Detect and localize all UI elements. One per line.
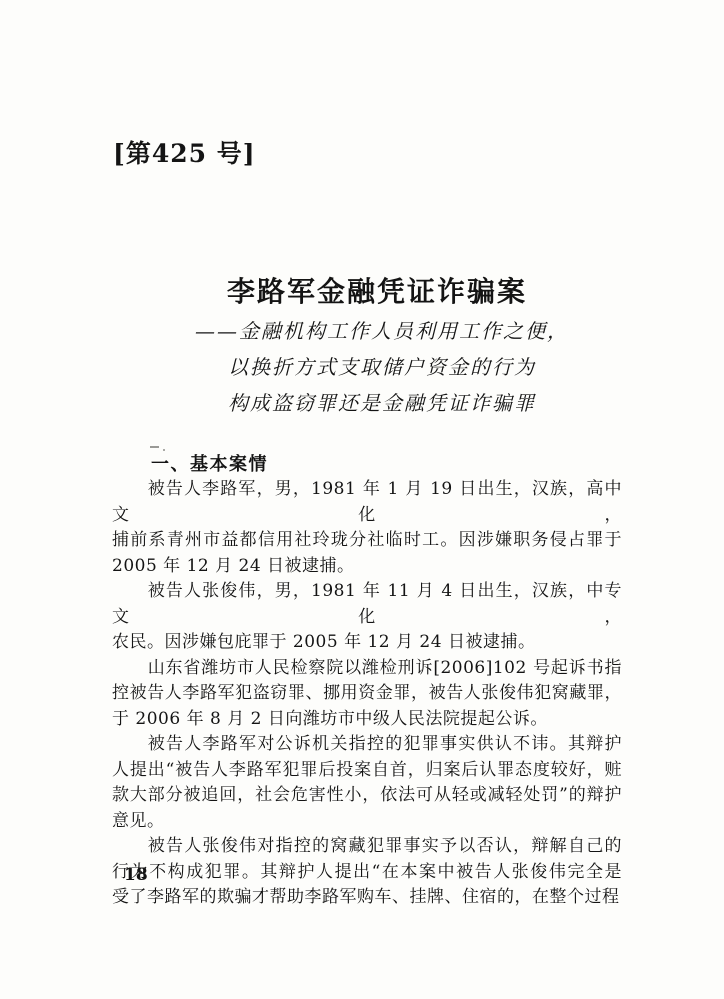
case-title: 李路军金融凭证诈骗案: [112, 270, 624, 310]
paragraph: 山东省潍坊市人民检察院以潍检刑诉[2006]102 号起诉书指控被告人李路军犯盗…: [112, 656, 622, 733]
subtitle-line: 以换折方式支取储户资金的行为: [140, 349, 624, 385]
scan-artifact-dash: [150, 446, 159, 448]
body-line: 被告人李路军，男，1981 年 1 月 19 日出生，汉族，高中文化，: [112, 477, 622, 528]
body-line: 捕前系青州市益都信用社玲珑分社临时工。因涉嫌职务侵占罪于: [112, 528, 622, 554]
body-line: 控被告人李路军犯盗窃罪、挪用资金罪，被告人张俊伟犯窝藏罪，: [112, 681, 622, 707]
subtitle-line: ——金融机构工作人员利用工作之便，: [140, 313, 624, 349]
case-number: [第425 号]: [113, 134, 256, 170]
scanned-page: [第425 号] 李路军金融凭证诈骗案 ——金融机构工作人员利用工作之便，以换折…: [0, 0, 724, 999]
case-subtitle: ——金融机构工作人员利用工作之便，以换折方式支取储户资金的行为构成盗窃罪还是金融…: [112, 313, 624, 421]
paragraph: 被告人李路军对公诉机关指控的犯罪事实供认不讳。其辩护人提出“被告人李路军犯罪后投…: [112, 732, 622, 834]
subtitle-line: 构成盗窃罪还是金融凭证诈骗罪: [140, 385, 624, 421]
paragraph: 被告人张俊伟，男，1981 年 11 月 4 日出生，汉族，中专文化，农民。因涉…: [112, 579, 622, 656]
body-line: 意见。: [112, 809, 622, 835]
body-line: 于 2006 年 8 月 2 日向潍坊市中级人民法院提起公诉。: [112, 707, 622, 733]
body-line: 行为不构成犯罪。其辩护人提出“在本案中被告人张俊伟完全是: [112, 860, 622, 886]
body-line: 农民。因涉嫌包庇罪于 2005 年 12 月 24 日被逮捕。: [112, 630, 622, 656]
body-line: 受了李路军的欺骗才帮助李路军购车、挂牌、住宿的，在整个过程: [112, 885, 622, 911]
body-line: 山东省潍坊市人民检察院以潍检刑诉[2006]102 号起诉书指: [112, 656, 622, 682]
body-line: 2005 年 12 月 24 日被逮捕。: [112, 554, 622, 580]
page-number: 18: [124, 865, 148, 885]
body-line: 被告人张俊伟对指控的窝藏犯罪事实予以否认，辩解自己的: [112, 834, 622, 860]
body-line: 被告人张俊伟，男，1981 年 11 月 4 日出生，汉族，中专文化，: [112, 579, 622, 630]
body-line: 人提出“被告人李路军犯罪后投案自首，归案后认罪态度较好，赃: [112, 758, 622, 784]
section-heading: 一、基本案情: [151, 450, 268, 476]
body-line: 被告人李路军对公诉机关指控的犯罪事实供认不讳。其辩护: [112, 732, 622, 758]
paragraph: 被告人张俊伟对指控的窝藏犯罪事实予以否认，辩解自己的行为不构成犯罪。其辩护人提出…: [112, 834, 622, 911]
body-line: 款大部分被追回，社会危害性小，依法可从轻或减轻处罚”的辩护: [112, 783, 622, 809]
body-text: 被告人李路军，男，1981 年 1 月 19 日出生，汉族，高中文化，捕前系青州…: [112, 477, 622, 911]
paragraph: 被告人李路军，男，1981 年 1 月 19 日出生，汉族，高中文化，捕前系青州…: [112, 477, 622, 579]
